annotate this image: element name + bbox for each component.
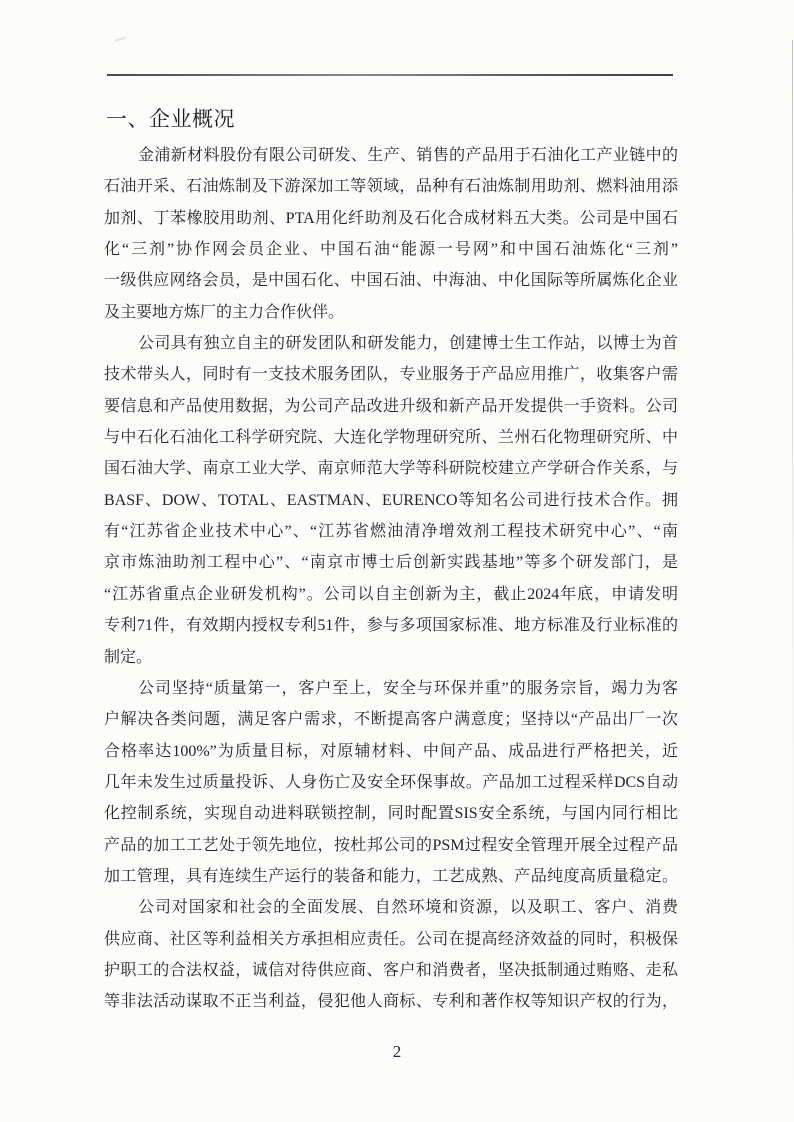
- document-page: 一、企业概况 金浦新材料股份有限公司研发、生产、销售的产品用于石油化工产业链中的…: [0, 0, 794, 1122]
- scan-smudge: [115, 36, 127, 42]
- text-line: 国石油大学、南京工业大学、南京师范大学等科研院校建立产学研合作关系，与: [104, 453, 678, 484]
- paragraph: 公司坚持“质量第一，客户至上，安全与环保并重”的服务宗旨，竭力为客 户解决各类问…: [104, 673, 678, 892]
- text-line: 专利71件，有效期内授权专利51件，参与多项国家标准、地方标准及行业标准的: [104, 610, 678, 641]
- text-line: 公司对国家和社会的全面发展、自然环境和资源，以及职工、客户、消费者、: [104, 892, 678, 923]
- paragraph: 公司对国家和社会的全面发展、自然环境和资源，以及职工、客户、消费者、 供应商、社…: [104, 892, 678, 1017]
- text-line: 合格率达100%”为质量目标，对原辅材料、中间产品、成品进行严格把关，近: [104, 736, 678, 767]
- text-line: 石油开采、石油炼制及下游深加工等领域，品种有石油炼制用助剂、燃料油用添: [104, 171, 678, 202]
- paragraph: 金浦新材料股份有限公司研发、生产、销售的产品用于石油化工产业链中的 石油开采、石…: [104, 140, 678, 328]
- text-line: 加剂、丁苯橡胶用助剂、PTA用化纤助剂及石化合成材料五大类。公司是中国石: [104, 203, 678, 234]
- text-line: 要信息和产品使用数据，为公司产品改进升级和新产品开发提供一手资料。公司: [104, 391, 678, 422]
- section-heading: 一、企业概况: [106, 103, 235, 133]
- text-line: 供应商、社区等利益相关方承担相应责任。公司在提高经济效益的同时，积极保: [104, 924, 678, 955]
- scan-edge-artifact: [792, 40, 793, 1080]
- text-line: 与中石化石油化工科学研究院、大连化学物理研究所、兰州石化物理研究所、中: [104, 422, 678, 453]
- text-line: 一级供应网络会员，是中国石化、中国石油、中海油、中化国际等所属炼化企业: [104, 265, 678, 296]
- text-line: 等非法活动谋取不正当利益，侵犯他人商标、专利和著作权等知识产权的行为，: [104, 986, 678, 1017]
- text-line: 产品的加工工艺处于领先地位，按杜邦公司的PSM过程安全管理开展全过程产品: [104, 830, 678, 861]
- paragraph: 公司具有独立自主的研发团队和研发能力，创建博士生工作站，以博士为首 技术带头人，…: [104, 328, 678, 673]
- text-line: 几年未发生过质量投诉、人身伤亡及安全环保事故。产品加工过程采样DCS自动: [104, 767, 678, 798]
- text-line: 制定。: [104, 642, 678, 673]
- text-line: 有“江苏省企业技术中心”、“江苏省燃油清净增效剂工程技术研究中心”、“南: [104, 516, 678, 547]
- text-line: 公司坚持“质量第一，客户至上，安全与环保并重”的服务宗旨，竭力为客: [104, 673, 678, 704]
- text-line: 公司具有独立自主的研发团队和研发能力，创建博士生工作站，以博士为首: [104, 328, 678, 359]
- document-body: 金浦新材料股份有限公司研发、生产、销售的产品用于石油化工产业链中的 石油开采、石…: [104, 140, 678, 1018]
- text-line: 化“三剂”协作网会员企业、中国石油“能源一号网”和中国石油炼化“三剂”: [104, 234, 678, 265]
- text-line: BASF、DOW、TOTAL、EASTMAN、EURENCO等知名公司进行技术合…: [104, 485, 678, 516]
- text-line: 及主要地方炼厂的主力合作伙伴。: [104, 297, 678, 328]
- text-line: 技术带头人，同时有一支技术服务团队，专业服务于产品应用推广，收集客户需: [104, 359, 678, 390]
- text-line: 京市炼油助剂工程中心”、“南京市博士后创新实践基地”等多个研发部门，是: [104, 547, 678, 578]
- text-line: 户解决各类问题，满足客户需求，不断提高客户满意度；坚持以“产品出厂一次: [104, 704, 678, 735]
- header-rule: [107, 74, 673, 76]
- text-line: 加工管理，具有连续生产运行的装备和能力，工艺成熟、产品纯度高质量稳定。: [104, 861, 678, 892]
- text-line: 护职工的合法权益，诚信对待供应商、客户和消费者，坚决抵制通过贿赂、走私: [104, 955, 678, 986]
- text-line: “江苏省重点企业研发机构”。公司以自主创新为主，截止2024年底，申请发明: [104, 579, 678, 610]
- page-number: 2: [0, 1042, 794, 1062]
- text-line: 金浦新材料股份有限公司研发、生产、销售的产品用于石油化工产业链中的: [104, 140, 678, 171]
- text-line: 化控制系统，实现自动进料联锁控制，同时配置SIS安全系统，与国内同行相比: [104, 798, 678, 829]
